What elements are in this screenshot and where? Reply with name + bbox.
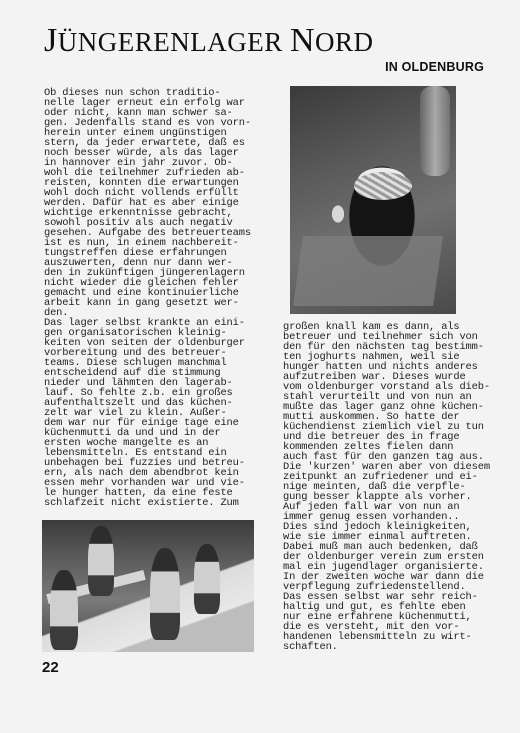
photo-detail-child: [150, 548, 180, 640]
title-word-2: ORD: [315, 27, 374, 57]
text-line: arbeit kann in gang gesetzt wer-: [44, 298, 251, 308]
photo-detail-child: [50, 570, 78, 650]
page-number: 22: [42, 659, 59, 676]
article-right-column: großen knall kam es dann, alsbetreuer un…: [283, 322, 490, 652]
photo-camp-tables: [42, 520, 254, 652]
article-subtitle: IN OLDENBURG: [385, 60, 484, 74]
photo-detail-child: [88, 526, 114, 596]
photo-cooking-pot: [290, 86, 456, 314]
title-initial: J: [44, 22, 58, 59]
photo-detail-noodles: [354, 172, 412, 200]
photo-detail-leg: [420, 86, 450, 176]
title-initial-2: N: [290, 22, 315, 59]
article-left-column: Ob dieses nun schon traditio-nelle lager…: [44, 88, 251, 508]
photo-detail-child: [194, 544, 220, 614]
title-word-1: ÜNGERENLAGER: [58, 27, 290, 57]
text-line: schaften.: [283, 642, 490, 652]
text-line: schlafzeit nicht existierte. Zum: [44, 498, 251, 508]
article-title: JÜNGERENLAGER NORD: [44, 22, 374, 60]
photo-detail-board: [293, 236, 443, 306]
